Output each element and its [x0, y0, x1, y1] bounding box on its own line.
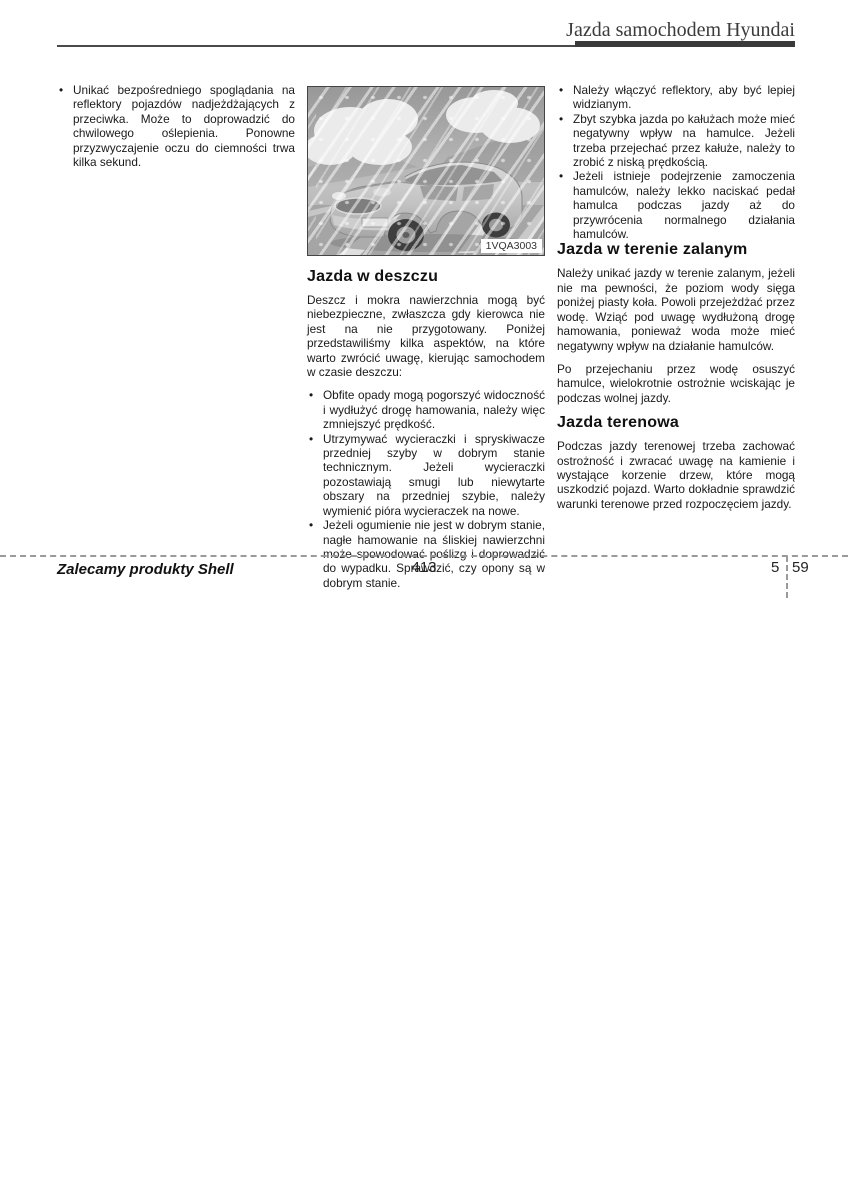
footer-page-number: 413: [0, 559, 848, 576]
rain-driving-illustration: 1VQA3003: [307, 86, 545, 256]
flooded-terrain-paragraph-1: Należy unikać jazdy w terenie zalanym, j…: [557, 266, 795, 352]
page-header-title: Jazda samochodem Hyundai: [566, 19, 795, 42]
section-title-offroad: Jazda terenowa: [557, 414, 795, 432]
header-rule: [57, 41, 795, 47]
right-bullet-list: Należy włączyć reflektory, aby być lepie…: [557, 83, 795, 241]
bullet-item: Zbyt szybka jazda po kałużach może mieć …: [557, 112, 795, 170]
bullet-item: Unikać bezpośredniego spoglądania na ref…: [57, 83, 295, 169]
manual-page: Jazda samochodem Hyundai Unikać bezpośre…: [0, 0, 848, 1200]
bullet-item: Obfite opady mogą pogorszyć widoczność i…: [307, 388, 545, 431]
rain-drops: [308, 87, 544, 255]
bullet-item: Jeżeli istnieje podejrzenie zamoczenia h…: [557, 169, 795, 241]
footer-dashed-rule: [0, 555, 848, 557]
bullet-item: Utrzymywać wycieraczki i spryskiwacze pr…: [307, 432, 545, 518]
footer-vertical-dash: [786, 556, 788, 598]
left-bullet-list: Unikać bezpośredniego spoglądania na ref…: [57, 83, 295, 169]
illustration-code-label: 1VQA3003: [481, 239, 542, 253]
bullet-item: Należy włączyć reflektory, aby być lepie…: [557, 83, 795, 112]
footer-chapter-number: 5: [771, 559, 779, 576]
column-middle: 1VQA3003 Jazda w deszczu Deszcz i mokra …: [307, 86, 545, 590]
column-right: Należy włączyć reflektory, aby być lepie…: [557, 83, 795, 520]
column-left: Unikać bezpośredniego spoglądania na ref…: [57, 83, 295, 169]
rain-intro-paragraph: Deszcz i mokra nawierzchnia mogą być nie…: [307, 293, 545, 379]
header-rule-thick: [575, 41, 795, 47]
flooded-terrain-paragraph-2: Po przejechaniu przez wodę osuszyć hamul…: [557, 362, 795, 405]
section-title-flooded-terrain: Jazda w terenie zalanym: [557, 241, 795, 259]
footer-chapter-page-number: 59: [792, 559, 809, 576]
section-title-rain: Jazda w deszczu: [307, 268, 545, 286]
offroad-paragraph: Podczas jazdy terenowej trzeba zachować …: [557, 439, 795, 511]
